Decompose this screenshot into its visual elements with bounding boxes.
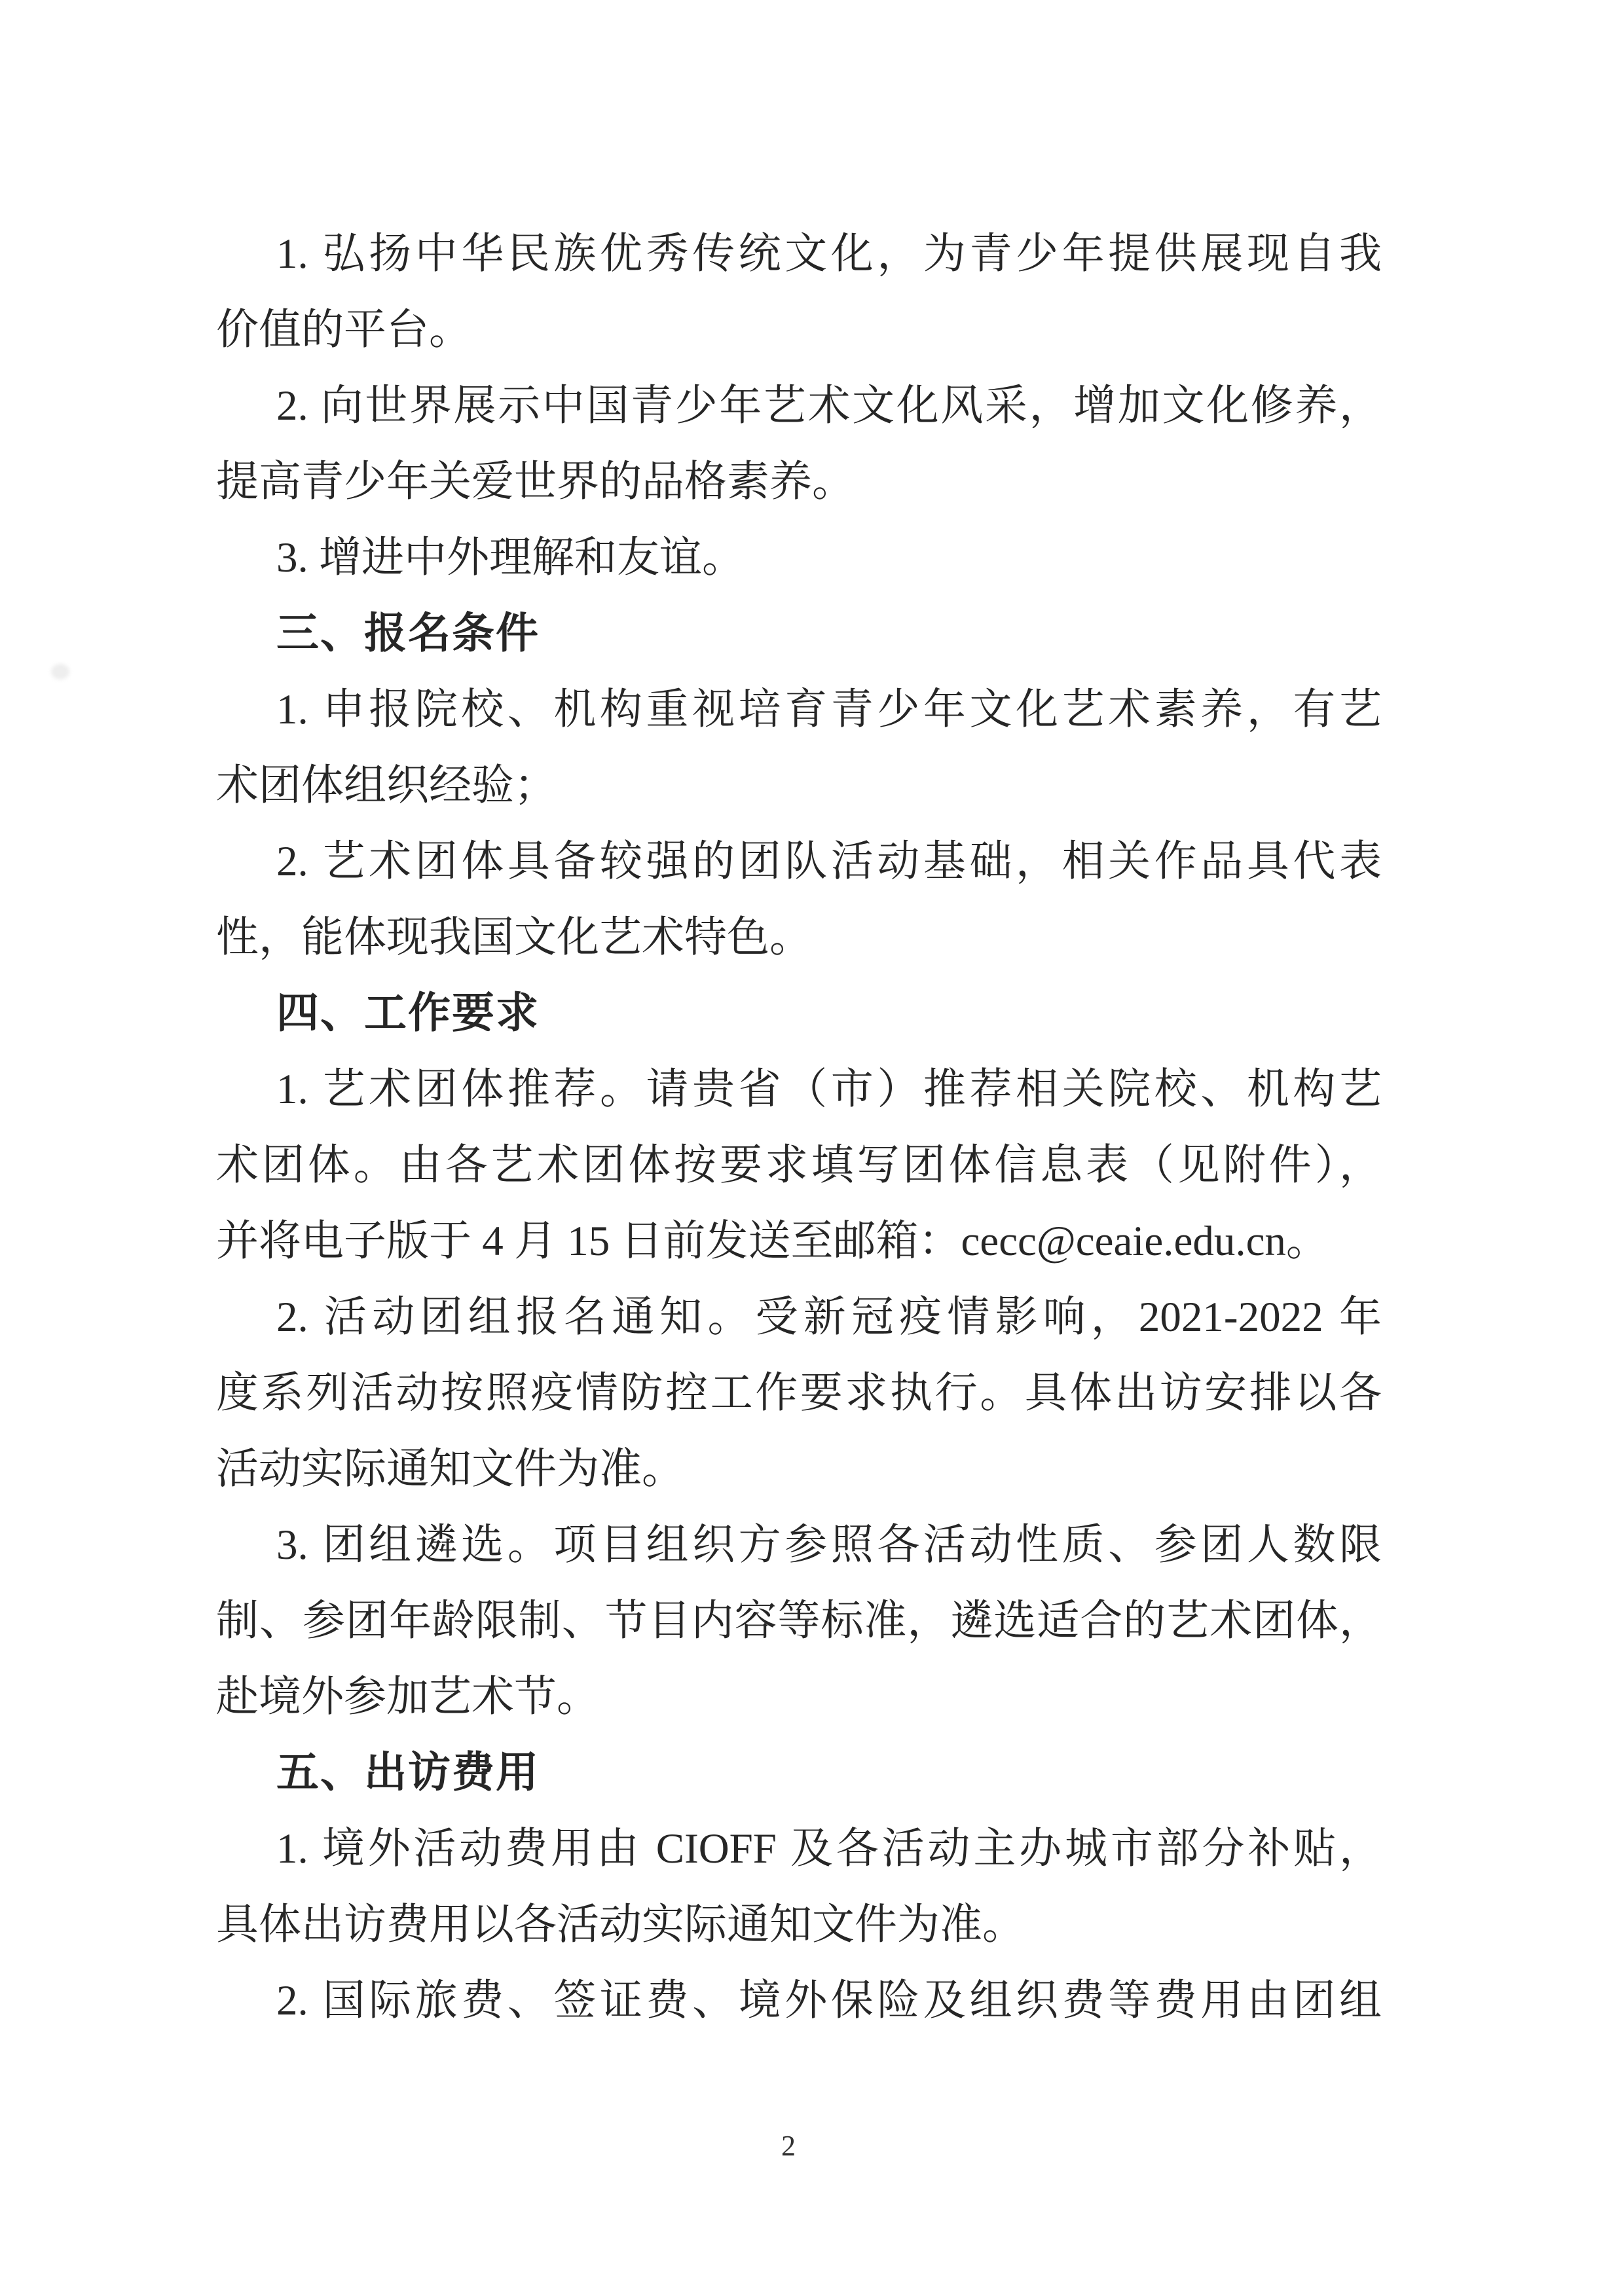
- body-line: 2. 活动团组报名通知。受新冠疫情影响，2021-2022 年: [216, 1279, 1382, 1355]
- body-line: 性，能体现我国文化艺术特色。: [216, 900, 1382, 975]
- section-heading: 四、工作要求: [216, 975, 1382, 1051]
- body-line: 1. 申报院校、机构重视培育青少年文化艺术素养，有艺: [216, 672, 1382, 748]
- body-line: 具体出访费用以各活动实际通知文件为准。: [216, 1887, 1382, 1963]
- body-line: 活动实际通知文件为准。: [216, 1431, 1382, 1507]
- body-line: 1. 弘扬中华民族优秀传统文化，为青少年提供展现自我: [216, 216, 1382, 292]
- body-line: 制、参团年龄限制、节目内容等标准，遴选适合的艺术团体，: [216, 1583, 1382, 1659]
- body-line: 并将电子版于 4 月 15 日前发送至邮箱：cecc@ceaie.edu.cn。: [216, 1203, 1382, 1279]
- body-line: 赴境外参加艺术节。: [216, 1659, 1382, 1735]
- body-line: 术团体。由各艺术团体按要求填写团体信息表（见附件），: [216, 1127, 1382, 1203]
- body-line: 度系列活动按照疫情防控工作要求执行。具体出访安排以各: [216, 1355, 1382, 1431]
- body-line: 提高青少年关爱世界的品格素养。: [216, 444, 1382, 520]
- body-line: 2. 国际旅费、签证费、境外保险及组织费等费用由团组: [216, 1963, 1382, 2039]
- section-heading: 五、出访费用: [216, 1735, 1382, 1811]
- body-line: 1. 艺术团体推荐。请贵省（市）推荐相关院校、机构艺: [216, 1051, 1382, 1127]
- body-line: 3. 增进中外理解和友谊。: [216, 520, 1382, 596]
- body-line: 2. 向世界展示中国青少年艺术文化风采，增加文化修养，: [216, 368, 1382, 444]
- body-line: 价值的平台。: [216, 292, 1382, 368]
- page-number: 2: [657, 2129, 919, 2163]
- scan-artifact: [51, 664, 69, 680]
- body-line: 术团体组织经验；: [216, 748, 1382, 824]
- document-body: 1. 弘扬中华民族优秀传统文化，为青少年提供展现自我价值的平台。2. 向世界展示…: [216, 216, 1382, 2039]
- section-heading: 三、报名条件: [216, 596, 1382, 672]
- body-line: 2. 艺术团体具备较强的团队活动基础，相关作品具代表: [216, 824, 1382, 900]
- document-page: 1. 弘扬中华民族优秀传统文化，为青少年提供展现自我价值的平台。2. 向世界展示…: [0, 0, 1624, 2296]
- body-line: 3. 团组遴选。项目组织方参照各活动性质、参团人数限: [216, 1507, 1382, 1583]
- body-line: 1. 境外活动费用由 CIOFF 及各活动主办城市部分补贴，: [216, 1811, 1382, 1887]
